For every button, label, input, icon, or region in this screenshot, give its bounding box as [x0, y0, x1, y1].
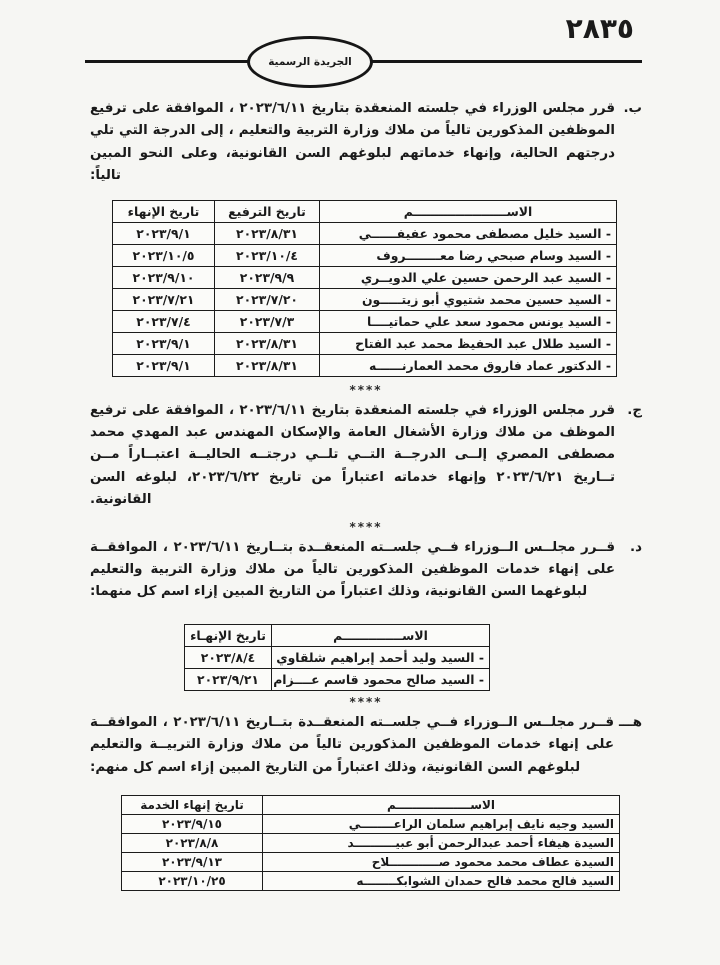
name-cell: - السيد يونس محمود سعد علي حماتيــــا [320, 310, 617, 332]
section-b-paragraph: ب. قرر مجلس الوزراء في جلسته المنعقدة بت… [90, 98, 642, 188]
table-header-row: الاســــــــــــــم تاريخ الإنهـاء [185, 624, 490, 646]
section-b-marker: ب. [620, 98, 642, 188]
name-cell: السيد وجيه نايف إبراهيم سلمان الراعـــــ… [263, 815, 620, 834]
end-date-cell: ٢٠٢٣/٨/٤ [185, 646, 272, 668]
name-cell: - السيد وسام صبحي رضا معــــــــروف [320, 244, 617, 266]
section-separator: **** [90, 383, 642, 397]
table-row: السيد فالح محمد فالح حمدان الشوابكــــــ… [122, 872, 620, 891]
section-separator: **** [90, 520, 642, 534]
table-header-row: الاســــــــــــــــــم تاريخ إنهاء الخد… [122, 796, 620, 815]
table-row: - السيد خليل مصطفى محمود عفيفــــــي ٢٠٢… [113, 222, 617, 244]
end-date-cell: ٢٠٢٣/٩/١٥ [122, 815, 263, 834]
promotion-date-cell: ٢٠٢٣/١٠/٤ [215, 244, 320, 266]
table-row: - السيد طلال عبد الحفيظ محمد عبد الفتاح … [113, 332, 617, 354]
gazette-page: ٢٨٣٥ الجريدة الرسمية ب. قرر مجلس الوزراء… [0, 0, 720, 965]
section-h-text: قــرر مجلــس الــوزراء فــي جلســته المن… [90, 712, 614, 779]
name-cell: - الدكتور عماد فاروق محمد العمارنــــــه [320, 354, 617, 376]
table-row: - السيد وسام صبحي رضا معــــــــروف ٢٠٢٣… [113, 244, 617, 266]
page-number: ٢٨٣٥ [566, 12, 634, 45]
end-date-column-header: تاريخ الإنهـاء [185, 624, 272, 646]
page-content: ب. قرر مجلس الوزراء في جلسته المنعقدة بت… [90, 98, 642, 891]
table-row: - السيد وليد أحمد إبراهيم شلقاوي ٢٠٢٣/٨/… [185, 646, 490, 668]
name-cell: - السيد عبد الرحمن حسين علي الدويــري [320, 266, 617, 288]
name-column-header: الاســــــــــــــم [272, 624, 490, 646]
section-d-text: قــرر مجلــس الــوزراء فــي جلســته المن… [90, 537, 615, 604]
end-date-cell: ٢٠٢٣/٩/١ [113, 332, 215, 354]
section-separator: **** [90, 695, 642, 709]
end-date-cell: ٢٠٢٣/٩/٢١ [185, 668, 272, 690]
end-date-cell: ٢٠٢٣/٩/١ [113, 354, 215, 376]
end-date-cell: ٢٠٢٣/٧/٤ [113, 310, 215, 332]
table-row: السيد وجيه نايف إبراهيم سلمان الراعـــــ… [122, 815, 620, 834]
end-date-cell: ٢٠٢٣/٩/١ [113, 222, 215, 244]
service-end-table: الاســــــــــــــــــم تاريخ إنهاء الخد… [121, 795, 620, 891]
end-date-cell: ٢٠٢٣/١٠/٥ [113, 244, 215, 266]
name-cell: - السيد طلال عبد الحفيظ محمد عبد الفتاح [320, 332, 617, 354]
section-j-paragraph: ج. قرر مجلس الوزراء في جلسته المنعقدة بت… [90, 400, 642, 512]
section-h-paragraph: هـــ قــرر مجلــس الــوزراء فــي جلســته… [90, 712, 642, 779]
end-date-column-header: تاريخ إنهاء الخدمة [122, 796, 263, 815]
table-row: السيدة عطاف محمد محمود صــــــــــــلاح … [122, 853, 620, 872]
promotion-date-cell: ٢٠٢٣/٧/٣ [215, 310, 320, 332]
gazette-badge-label: الجريدة الرسمية [268, 56, 352, 68]
table-row: - السيد يونس محمود سعد علي حماتيــــا ٢٠… [113, 310, 617, 332]
table-row: - السيد حسين محمد شتيوي أبو زيتـــــون ٢… [113, 288, 617, 310]
section-b-text: قرر مجلس الوزراء في جلسته المنعقدة بتاري… [90, 98, 615, 188]
table-row: السيدة هيفاء أحمد عبدالرحمن أبو عبيـــــ… [122, 834, 620, 853]
promotion-date-cell: ٢٠٢٣/٨/٣١ [215, 332, 320, 354]
promotion-date-cell: ٢٠٢٣/٨/٣١ [215, 354, 320, 376]
page-header: ٢٨٣٥ الجريدة الرسمية [0, 0, 720, 98]
gazette-badge: الجريدة الرسمية [247, 36, 373, 88]
section-j-marker: ج. [620, 400, 642, 512]
end-date-cell: ٢٠٢٣/٩/١٣ [122, 853, 263, 872]
section-d-paragraph: د. قــرر مجلــس الــوزراء فــي جلســته ا… [90, 537, 642, 604]
end-date-cell: ٢٠٢٣/٧/٢١ [113, 288, 215, 310]
name-cell: - السيد صالح محمود قاسم عــــزام [272, 668, 490, 690]
promotion-date-cell: ٢٠٢٣/٨/٣١ [215, 222, 320, 244]
end-date-cell: ٢٠٢٣/٨/٨ [122, 834, 263, 853]
name-cell: - السيد وليد أحمد إبراهيم شلقاوي [272, 646, 490, 668]
table-row: - الدكتور عماد فاروق محمد العمارنــــــه… [113, 354, 617, 376]
name-cell: السيدة هيفاء أحمد عبدالرحمن أبو عبيـــــ… [263, 834, 620, 853]
name-cell: السيد فالح محمد فالح حمدان الشوابكــــــ… [263, 872, 620, 891]
section-j-text: قرر مجلس الوزراء في جلسته المنعقدة بتاري… [90, 400, 615, 512]
promotion-table: الاســــــــــــــــــــــم تاريخ الترفي… [112, 200, 617, 377]
table-row: - السيد صالح محمود قاسم عــــزام ٢٠٢٣/٩/… [185, 668, 490, 690]
name-column-header: الاســــــــــــــــــم [263, 796, 620, 815]
promotion-date-column-header: تاريخ الترفيع [215, 200, 320, 222]
promotion-date-cell: ٢٠٢٣/٧/٢٠ [215, 288, 320, 310]
name-column-header: الاســــــــــــــــــــــم [320, 200, 617, 222]
termination-table: الاســــــــــــــم تاريخ الإنهـاء - الس… [184, 624, 490, 691]
end-date-cell: ٢٠٢٣/١٠/٢٥ [122, 872, 263, 891]
table-header-row: الاســــــــــــــــــــــم تاريخ الترفي… [113, 200, 617, 222]
name-cell: - السيد خليل مصطفى محمود عفيفــــــي [320, 222, 617, 244]
section-h-marker: هـــ [619, 712, 642, 779]
end-date-cell: ٢٠٢٣/٩/١٠ [113, 266, 215, 288]
promotion-date-cell: ٢٠٢٣/٩/٩ [215, 266, 320, 288]
table-row: - السيد عبد الرحمن حسين علي الدويــري ٢٠… [113, 266, 617, 288]
end-date-column-header: تاريخ الإنهاء [113, 200, 215, 222]
name-cell: - السيد حسين محمد شتيوي أبو زيتـــــون [320, 288, 617, 310]
section-d-marker: د. [620, 537, 642, 604]
name-cell: السيدة عطاف محمد محمود صــــــــــــلاح [263, 853, 620, 872]
